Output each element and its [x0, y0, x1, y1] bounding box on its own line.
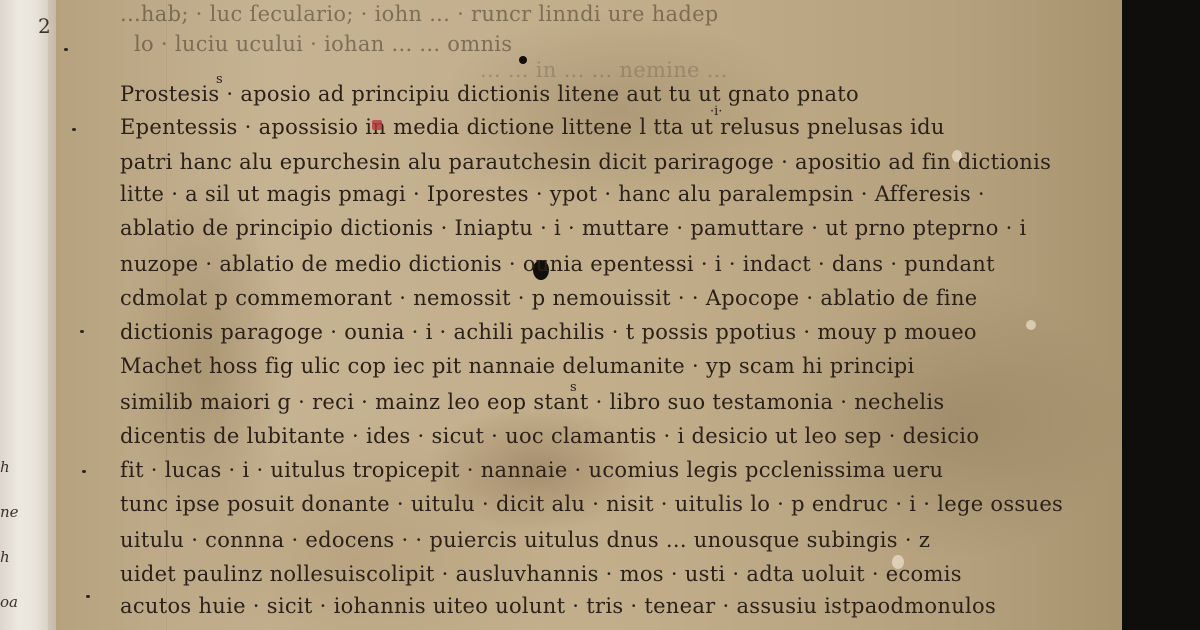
flyleaf-note: oa — [0, 580, 48, 625]
manuscript-line: lo · luciu ucului · iohan ... ... omnis — [134, 32, 512, 56]
dark-backdrop — [1122, 0, 1200, 630]
pricking-mark — [82, 470, 86, 473]
manuscript-line: ...hab; · luc ſeculario; · iohn ... · ru… — [120, 2, 719, 26]
pricking-mark — [86, 595, 90, 598]
manuscript-line: uitulu · connna · edocens · · puiercis u… — [120, 528, 930, 552]
manuscript-line: fit · lucas · i · uitulus tropicepit · n… — [120, 458, 943, 482]
manuscript-line: nuzope · ablatio de medio dictionis · ou… — [120, 252, 995, 276]
parchment-spot — [1026, 320, 1036, 330]
manuscript-line: tunc ipse posuit donante · uitulu · dici… — [120, 492, 1063, 516]
manuscript-line: Prostesis · aposio ad principiu dictioni… — [120, 82, 859, 106]
pricking-mark — [80, 330, 84, 333]
pricking-mark — [64, 48, 68, 51]
manuscript-line: dictionis paragoge · ounia · i · achili … — [120, 320, 977, 344]
manuscript-photo: h ne h oa 2 ...hab; · luc ſeculario; · i… — [0, 0, 1200, 630]
manuscript-line: Machet hoss fig ulic cop iec pit nannaie… — [120, 354, 915, 378]
manuscript-line: acutos huie · sicit · iohannis uiteo uol… — [120, 594, 996, 618]
manuscript-line: dicentis de lubitante · ides · sicut · u… — [120, 424, 979, 448]
manuscript-line: ablatio de principio dictionis · Iniaptu… — [120, 216, 1027, 240]
flyleaf-note: ne — [0, 490, 48, 535]
folio-number: 2 — [38, 14, 51, 38]
paper-flyleaf: h ne h oa — [0, 0, 49, 630]
flyleaf-handwriting: h ne h oa — [0, 445, 48, 625]
manuscript-line: ... ... in ... ... nemine ... — [480, 58, 728, 82]
pricking-mark — [72, 128, 76, 131]
interlinear-gloss: ·i· — [710, 104, 722, 119]
manuscript-line: litte · a sil ut magis pmagi · Iporestes… — [120, 182, 985, 206]
manuscript-line: uidet paulinz nollesuiscolipit · ausluvh… — [120, 562, 962, 586]
interlinear-gloss: s — [216, 72, 223, 87]
flyleaf-note: h — [0, 445, 48, 490]
flyleaf-note: h — [0, 535, 48, 580]
manuscript-line: similib maiori g · reci · mainz leo eop … — [120, 390, 945, 414]
manuscript-line: patri hanc alu epurchesin alu parautches… — [120, 150, 1051, 174]
red-rubric-mark — [372, 120, 382, 130]
manuscript-line: cdmolat p commemorant · nemossit · p nem… — [120, 286, 978, 310]
manuscript-line: Epentessis · apossisio in media dictione… — [120, 115, 945, 139]
interlinear-gloss: s — [570, 380, 577, 395]
